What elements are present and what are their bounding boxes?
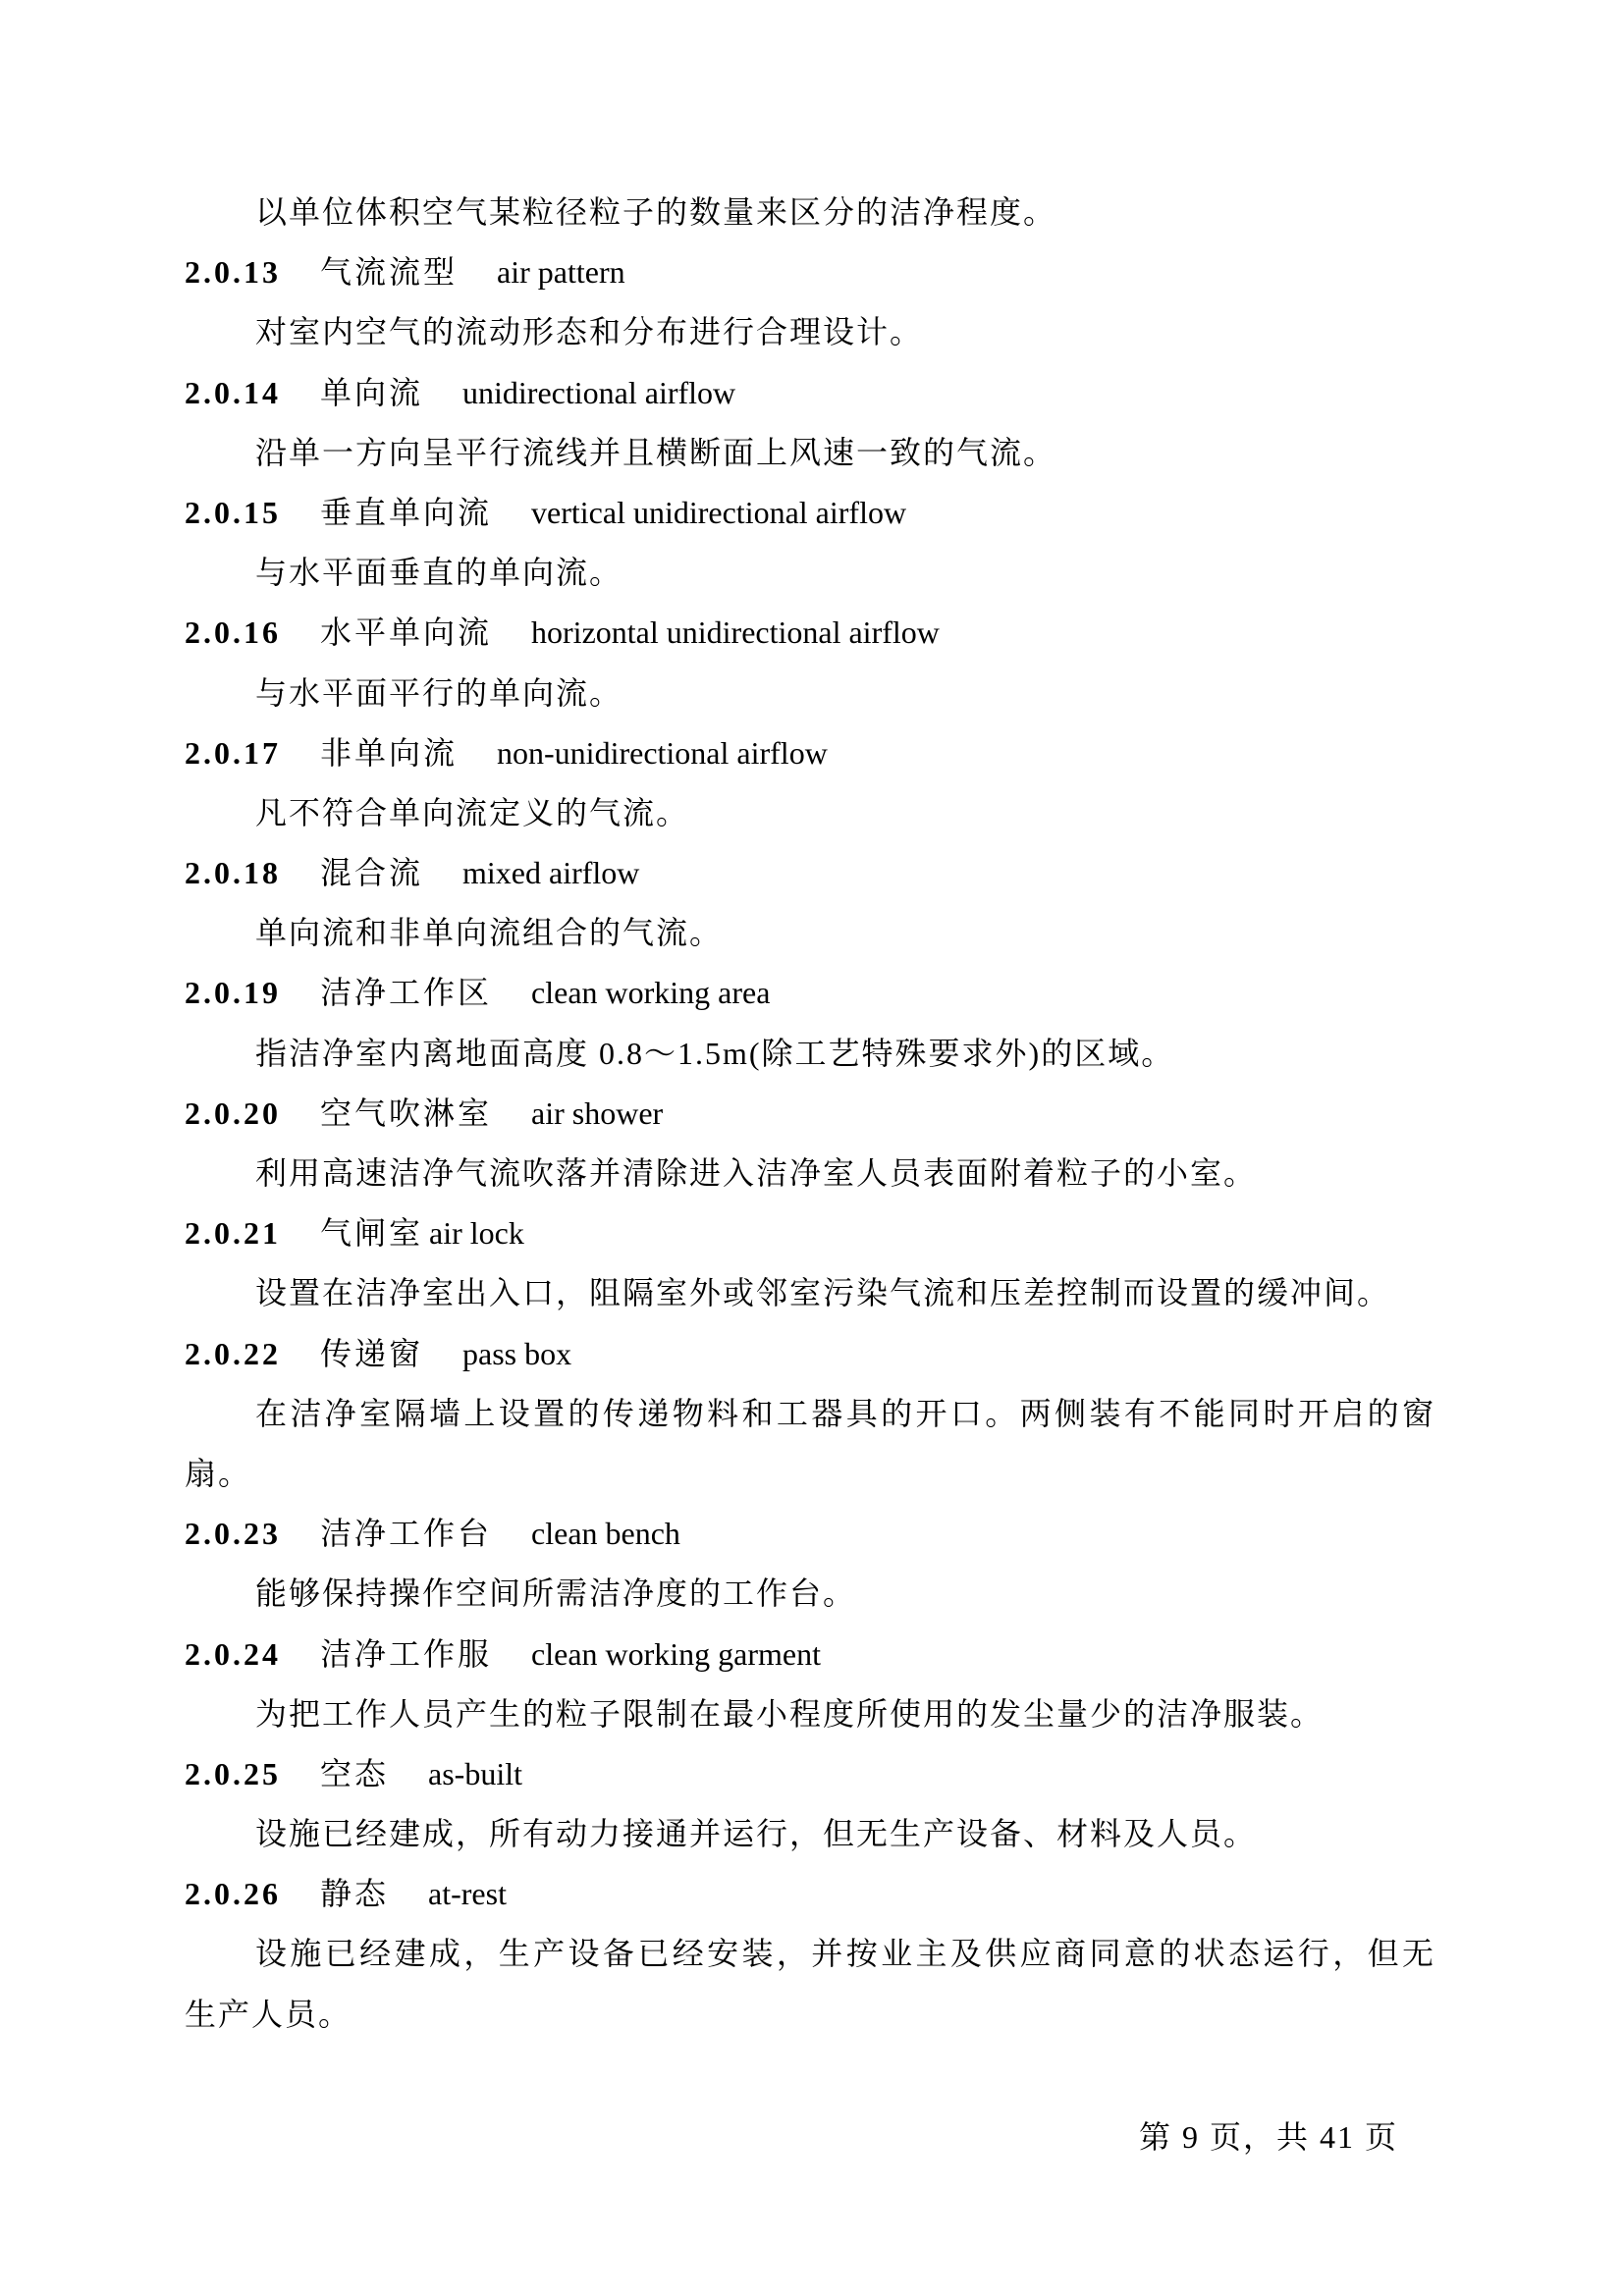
- term-definition: 对室内空气的流动形态和分布进行合理设计。: [185, 302, 1435, 362]
- term-number: 2.0.24: [185, 1625, 320, 1684]
- term-definition: 在洁净室隔墙上设置的传递物料和工器具的开口。两侧装有不能同时开启的窗: [185, 1384, 1435, 1444]
- term-chinese: 非单向流: [320, 735, 458, 771]
- term-heading: 2.0.18混合流mixed airflow: [185, 843, 1435, 903]
- term-number: 2.0.14: [185, 363, 320, 423]
- term-heading: 2.0.23洁净工作台clean bench: [185, 1504, 1435, 1564]
- term-english: clean working garment: [531, 1636, 821, 1672]
- term-number: 2.0.16: [185, 603, 320, 663]
- term-definition: 利用高速洁净气流吹落并清除进入洁净室人员表面附着粒子的小室。: [185, 1144, 1435, 1203]
- term-number: 2.0.18: [185, 843, 320, 903]
- term-chinese: 传递窗: [320, 1336, 423, 1371]
- term-number: 2.0.22: [185, 1324, 320, 1384]
- term-chinese: 洁净工作区: [320, 975, 492, 1010]
- term-chinese: 水平单向流: [320, 614, 492, 650]
- term-number: 2.0.15: [185, 483, 320, 543]
- term-chinese: 静态: [320, 1876, 389, 1911]
- intro-continuation: 以单位体积空气某粒径粒子的数量来区分的洁净程度。: [185, 183, 1435, 242]
- term-english: air shower: [531, 1095, 663, 1131]
- term-definition: 设置在洁净室出入口，阻隔室外或邻室污染气流和压差控制而设置的缓冲间。: [185, 1263, 1435, 1323]
- term-heading: 2.0.24洁净工作服clean working garment: [185, 1625, 1435, 1684]
- term-english: pass box: [462, 1336, 571, 1371]
- term-number: 2.0.17: [185, 723, 320, 783]
- term-definition: 设施已经建成，生产设备已经安装，并按业主及供应商同意的状态运行，但无: [185, 1924, 1435, 1984]
- term-chinese: 气流流型: [320, 254, 458, 290]
- term-english: mixed airflow: [462, 855, 639, 890]
- term-definition: 能够保持操作空间所需洁净度的工作台。: [185, 1564, 1435, 1624]
- term-heading: 2.0.15垂直单向流vertical unidirectional airfl…: [185, 483, 1435, 543]
- term-english: air pattern: [497, 254, 625, 290]
- page-number: 第 9 页，共 41 页: [1139, 2115, 1398, 2159]
- term-heading: 2.0.19洁净工作区clean working area: [185, 963, 1435, 1023]
- term-english: clean bench: [531, 1516, 680, 1551]
- term-number: 2.0.26: [185, 1864, 320, 1924]
- term-number: 2.0.21: [185, 1203, 320, 1263]
- term-number: 2.0.19: [185, 963, 320, 1023]
- term-english: air lock: [429, 1215, 524, 1251]
- term-definition: 设施已经建成，所有动力接通并运行，但无生产设备、材料及人员。: [185, 1804, 1435, 1864]
- term-english: unidirectional airflow: [462, 375, 735, 410]
- term-definition: 单向流和非单向流组合的气流。: [185, 903, 1435, 963]
- term-definition: 指洁净室内离地面高度 0.8～1.5m(除工艺特殊要求外)的区域。: [185, 1024, 1435, 1084]
- term-english: vertical unidirectional airflow: [531, 495, 906, 530]
- term-english: as-built: [428, 1756, 522, 1791]
- glossary-content: 以单位体积空气某粒径粒子的数量来区分的洁净程度。 2.0.13气流流型air p…: [185, 183, 1435, 2045]
- term-number: 2.0.13: [185, 242, 320, 302]
- term-chinese: 空气吹淋室: [320, 1095, 492, 1131]
- term-english: at-rest: [428, 1876, 507, 1911]
- term-heading: 2.0.13气流流型air pattern: [185, 242, 1435, 302]
- term-heading: 2.0.17非单向流non-unidirectional airflow: [185, 723, 1435, 783]
- term-number: 2.0.23: [185, 1504, 320, 1564]
- term-definition-continuation: 扇。: [185, 1444, 1435, 1504]
- term-heading: 2.0.22传递窗pass box: [185, 1324, 1435, 1384]
- term-chinese: 空态: [320, 1756, 389, 1791]
- term-number: 2.0.25: [185, 1744, 320, 1804]
- term-english: horizontal unidirectional airflow: [531, 614, 940, 650]
- term-english: non-unidirectional airflow: [497, 735, 828, 771]
- term-definition: 沿单一方向呈平行流线并且横断面上风速一致的气流。: [185, 423, 1435, 483]
- term-heading: 2.0.21气闸室air lock: [185, 1203, 1435, 1263]
- term-number: 2.0.20: [185, 1084, 320, 1144]
- term-definition-continuation: 生产人员。: [185, 1985, 1435, 2045]
- term-chinese: 气闸室: [320, 1215, 423, 1251]
- term-definition: 与水平面垂直的单向流。: [185, 543, 1435, 603]
- term-chinese: 洁净工作台: [320, 1516, 492, 1551]
- term-heading: 2.0.14单向流unidirectional airflow: [185, 363, 1435, 423]
- document-page: 以单位体积空气某粒径粒子的数量来区分的洁净程度。 2.0.13气流流型air p…: [0, 0, 1623, 2296]
- term-definition: 为把工作人员产生的粒子限制在最小程度所使用的发尘量少的洁净服装。: [185, 1684, 1435, 1744]
- term-chinese: 洁净工作服: [320, 1636, 492, 1672]
- term-chinese: 单向流: [320, 375, 423, 410]
- term-definition: 凡不符合单向流定义的气流。: [185, 783, 1435, 843]
- term-heading: 2.0.25空态as-built: [185, 1744, 1435, 1804]
- term-definition: 与水平面平行的单向流。: [185, 664, 1435, 723]
- term-heading: 2.0.26静态at-rest: [185, 1864, 1435, 1924]
- term-chinese: 垂直单向流: [320, 495, 492, 530]
- term-heading: 2.0.20空气吹淋室air shower: [185, 1084, 1435, 1144]
- term-heading: 2.0.16水平单向流horizontal unidirectional air…: [185, 603, 1435, 663]
- term-chinese: 混合流: [320, 855, 423, 890]
- term-english: clean working area: [531, 975, 770, 1010]
